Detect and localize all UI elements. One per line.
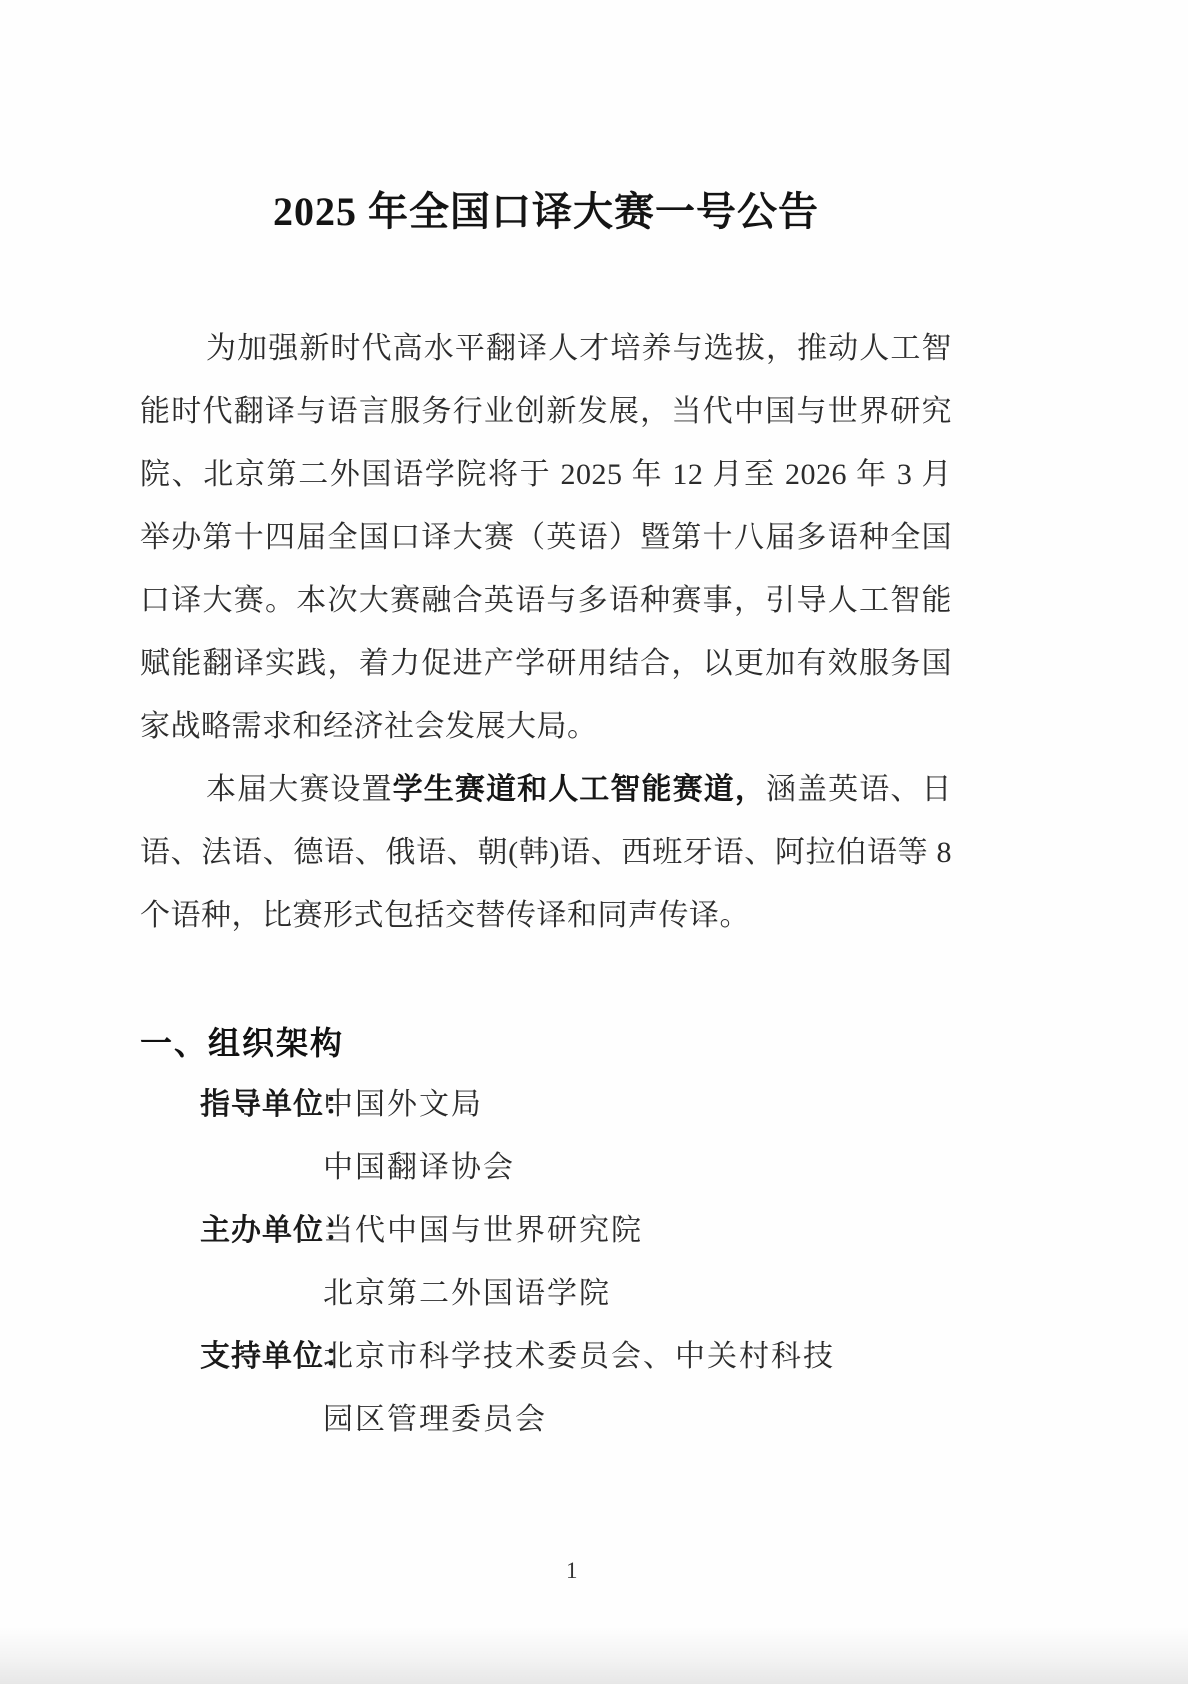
section-heading-organization: 一、组织架构 [140,1018,952,1064]
org-item-host-row2: 北京第二外国语学院 [140,1262,1000,1325]
paragraph-tracks-lead: 本届大赛设置 [206,773,393,806]
paragraph-intro: 为加强新时代高水平翻译人才培养与选拔，推动人工智能时代翻译与语言服务行业创新发展… [140,317,952,758]
document-title: 2025 年全国口译大赛一号公告 [140,180,952,237]
org-item-support-row2: 园区管理委员会 [140,1388,1000,1451]
org-item-guiding-row2: 中国翻译协会 [140,1136,1000,1199]
org-item-support-row1: 支持单位： 北京市科学技术委员会、中关村科技 [140,1325,1000,1388]
org-value-host-1: 当代中国与世界研究院 [323,1199,643,1262]
org-value-guiding-1: 中国外文局 [323,1073,483,1136]
org-value-host-2: 北京第二外国语学院 [323,1262,611,1325]
paragraph-tracks: 本届大赛设置学生赛道和人工智能赛道，涵盖英语、日语、法语、德语、俄语、朝(韩)语… [140,758,952,947]
org-value-support-1: 北京市科学技术委员会、中关村科技 [323,1325,835,1388]
document-page: 2025 年全国口译大赛一号公告 为加强新时代高水平翻译人才培养与选拔，推动人工… [0,0,1188,1684]
paragraph-intro-text: 为加强新时代高水平翻译人才培养与选拔，推动人工智能时代翻译与语言服务行业创新发展… [140,332,952,743]
org-item-host-row1: 主办单位： 当代中国与世界研究院 [140,1199,1000,1262]
page-number: 1 [566,1558,578,1584]
org-item-guiding-row1: 指导单位： 中国外文局 [140,1073,1000,1136]
org-value-support-2: 园区管理委员会 [323,1388,547,1451]
organization-list: 指导单位： 中国外文局 中国翻译协会 主办单位： 当代中国与世界研究院 北京第二… [140,1073,1000,1451]
document-body: 为加强新时代高水平翻译人才培养与选拔，推动人工智能时代翻译与语言服务行业创新发展… [140,317,952,947]
scan-artifact-band [0,1626,1188,1684]
paragraph-tracks-bold-phrase: 学生赛道和人工智能赛道， [393,773,766,806]
org-value-guiding-2: 中国翻译协会 [323,1136,515,1199]
